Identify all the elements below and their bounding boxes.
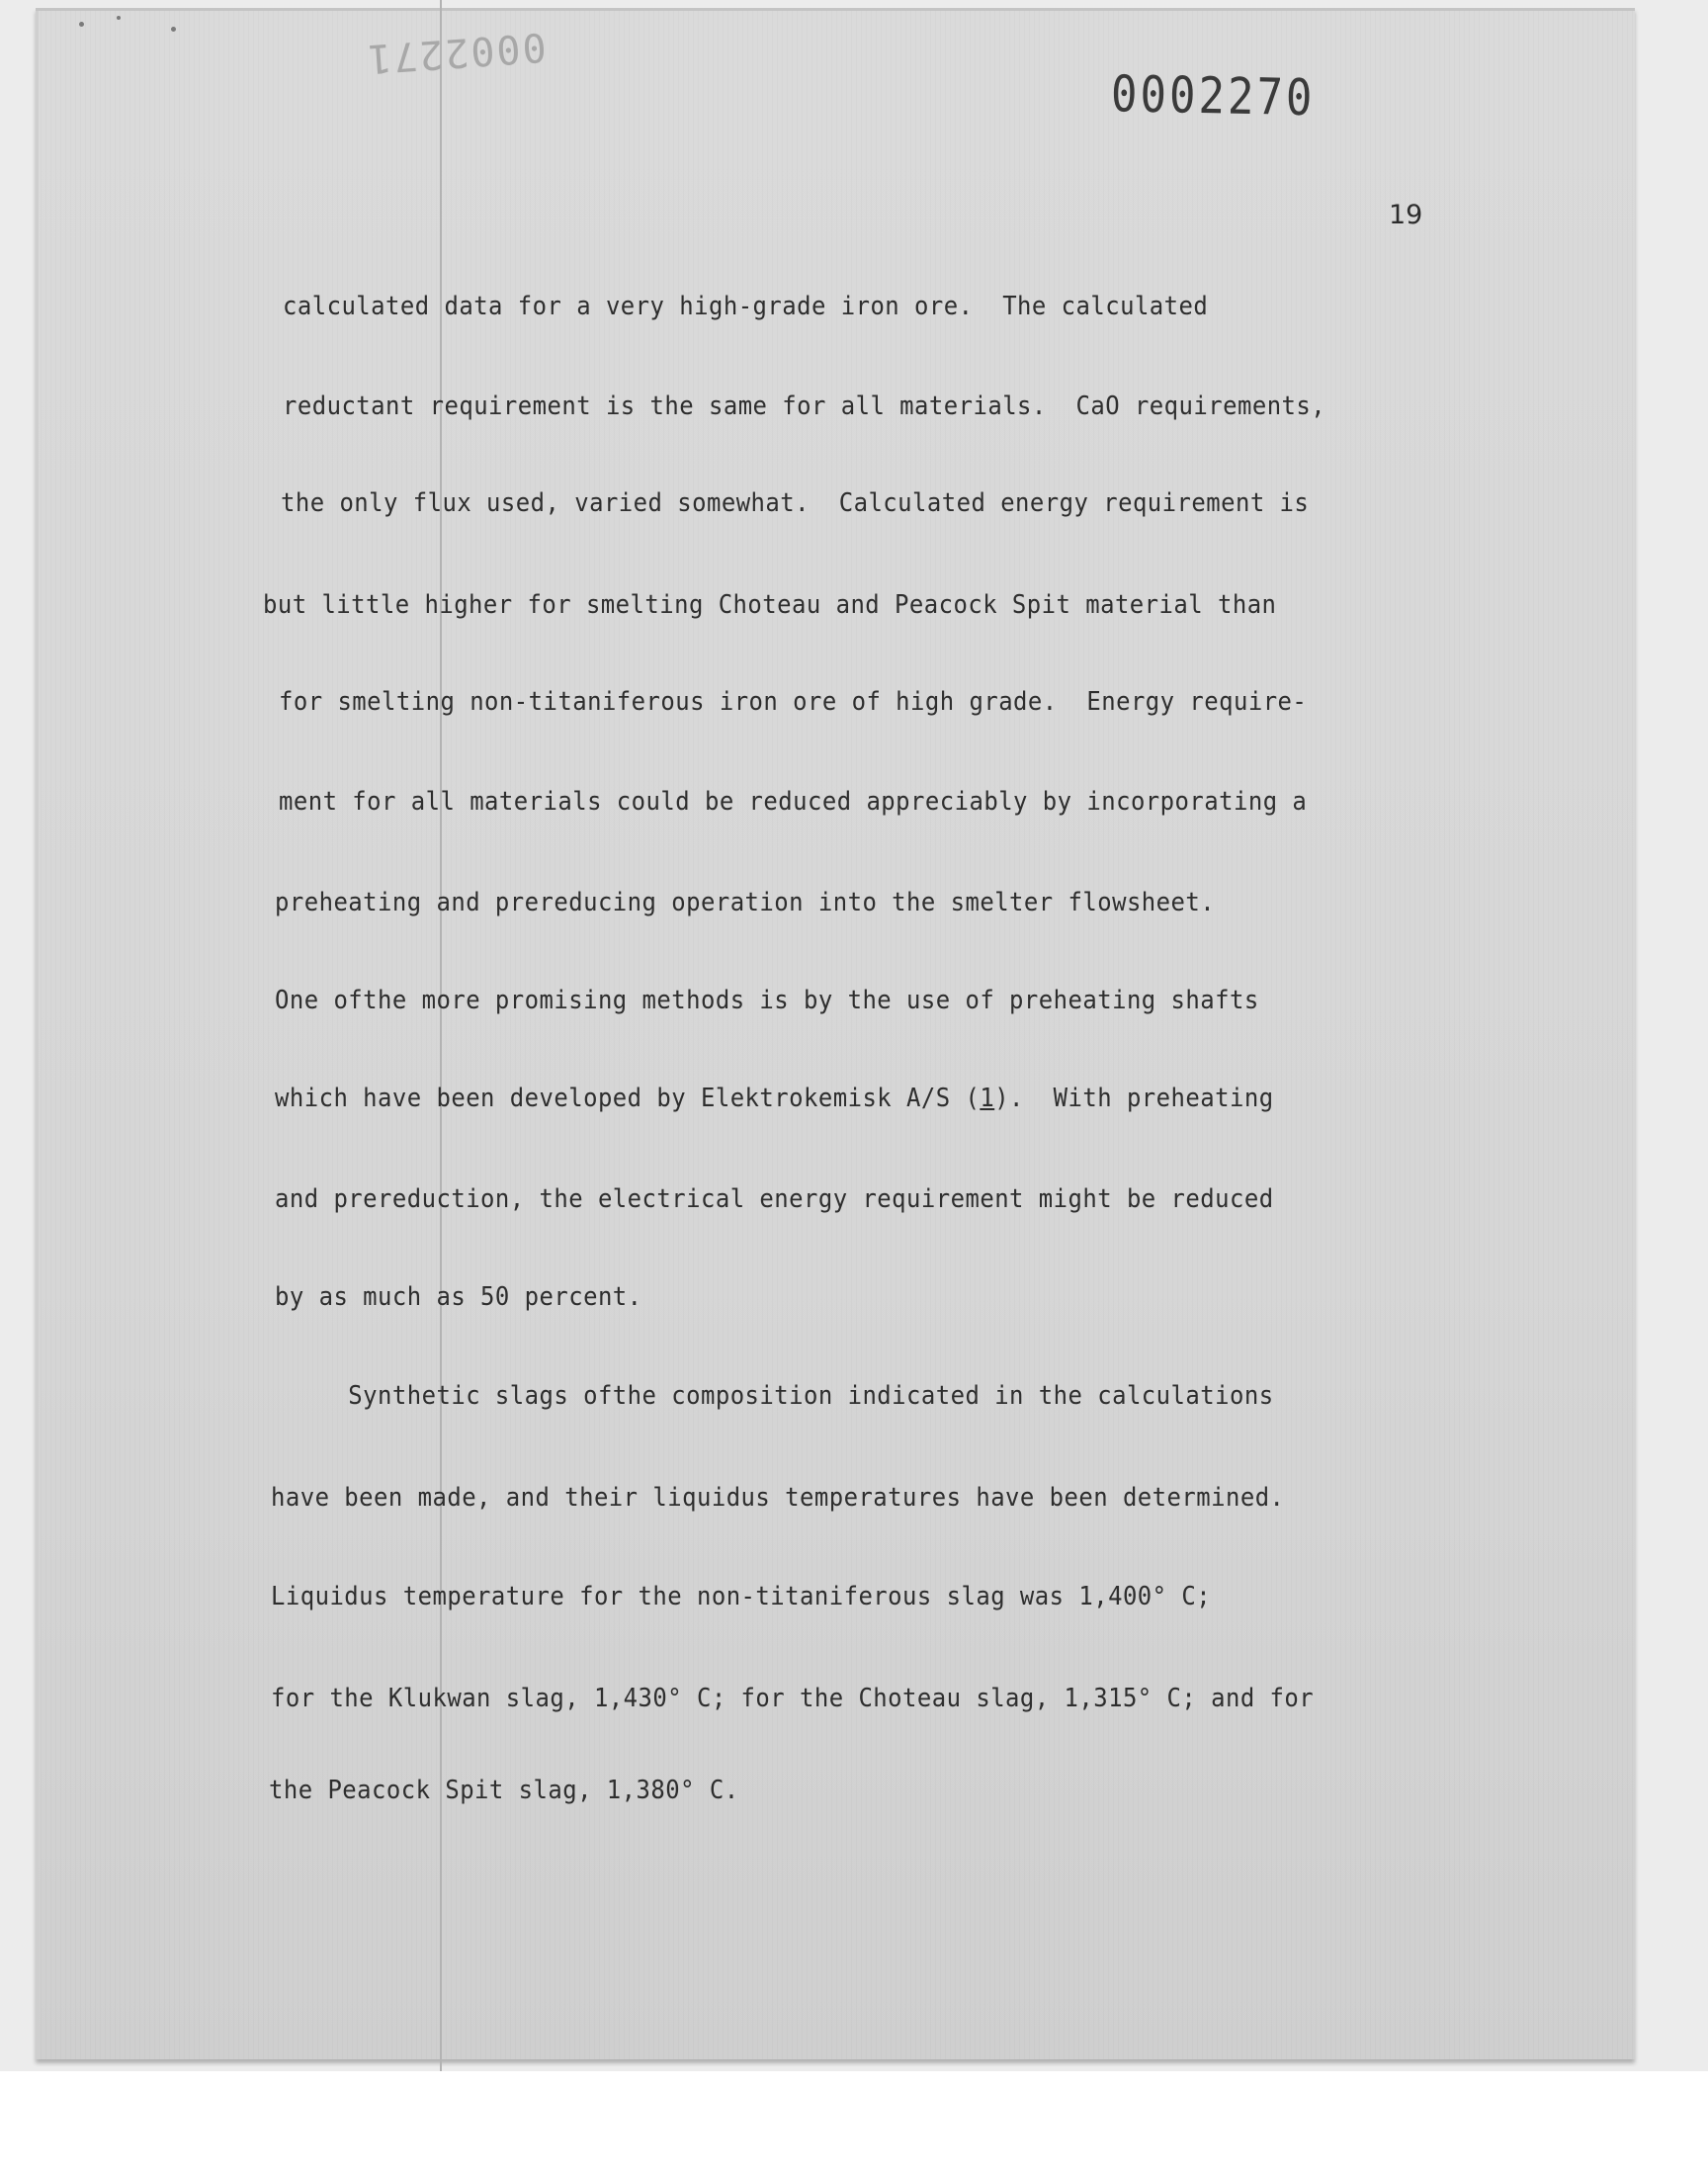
scan-speck xyxy=(117,16,121,20)
body-line: for the Klukwan slag, 1,430° C; for the … xyxy=(271,1684,1314,1713)
body-line: One ofthe more promising methods is by t… xyxy=(275,986,1259,1015)
page-number: 19 xyxy=(1389,200,1422,230)
scan-speck xyxy=(171,27,176,32)
body-line: Liquidus temperature for the non-titanif… xyxy=(271,1582,1211,1611)
body-line: preheating and prereducing operation int… xyxy=(275,888,1215,917)
body-line: the Peacock Spit slag, 1,380° C. xyxy=(269,1776,739,1805)
citation-reference: 1 xyxy=(980,1084,994,1113)
body-line: reductant requirement is the same for al… xyxy=(283,391,1325,421)
scan-speck xyxy=(79,22,84,27)
body-line-with-reference: which have been developed by Elektrokemi… xyxy=(275,1084,1274,1113)
body-line: the only flux used, varied somewhat. Cal… xyxy=(281,488,1309,518)
line-text: which have been developed by Elektrokemi… xyxy=(275,1084,980,1113)
body-line: ment for all materials could be reduced … xyxy=(279,787,1307,817)
body-line: calculated data for a very high-grade ir… xyxy=(283,292,1208,321)
body-line: and prereduction, the electrical energy … xyxy=(275,1184,1274,1214)
body-line: by as much as 50 percent. xyxy=(275,1282,642,1312)
body-line: for smelting non-titaniferous iron ore o… xyxy=(279,687,1307,717)
body-line: but little higher for smelting Choteau a… xyxy=(263,590,1276,620)
bates-stamp: 0002270 xyxy=(1111,65,1316,128)
paragraph-start-line: Synthetic slags ofthe composition indica… xyxy=(275,1381,1274,1411)
line-text: ). With preheating xyxy=(994,1084,1273,1113)
body-line: have been made, and their liquidus tempe… xyxy=(271,1483,1284,1513)
